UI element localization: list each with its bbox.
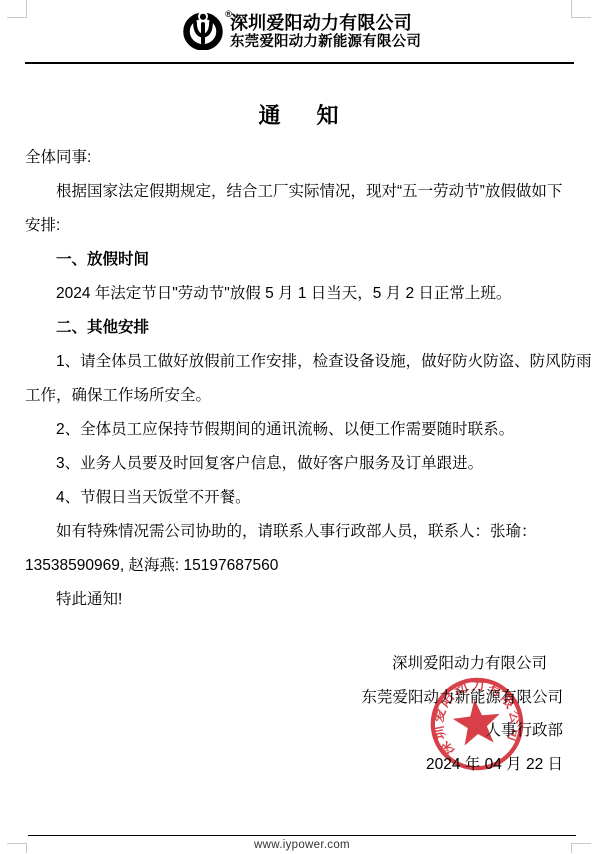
page-margin-mark-bottom-left — [7, 843, 27, 853]
page-footer: www.iypower.com — [28, 835, 576, 851]
notice-body: 全体同事:根据国家法定假期规定，结合工厂实际情况，现对“五一劳动节”放假做如下安… — [25, 141, 595, 617]
company-logo-icon — [183, 12, 223, 50]
letterhead-company-names: 深圳爱阳动力有限公司 东莞爱阳动力新能源有限公司 — [230, 13, 421, 51]
company-name-secondary: 东莞爱阳动力新能源有限公司 — [230, 34, 421, 51]
company-name-primary: 深圳爱阳动力有限公司 — [230, 13, 421, 34]
body-line: 1、请全体员工做好放假前工作安排，检查设备设施，做好防火防盗、防风防雨 — [25, 345, 595, 379]
signature-block: 深圳爱阳动力有限公司东莞爱阳动力新能源有限公司人事行政部2024 年 04 月 … — [361, 647, 563, 781]
signature-line: 2024 年 04 月 22 日 — [361, 748, 563, 782]
body-line: 工作，确保工作场所安全。 — [25, 379, 595, 413]
body-line: 特此通知! — [25, 583, 595, 617]
body-line: 13538590969, 赵海燕: 15197687560 — [25, 549, 595, 583]
body-line: 全体同事: — [25, 141, 595, 175]
footer-url: www.iypower.com — [28, 839, 576, 851]
body-line: 2、全体员工应保持节假期间的通讯流畅、以便工作需要随时联系。 — [25, 413, 595, 447]
registered-trademark-icon: ® — [225, 10, 232, 19]
body-line: 根据国家法定假期规定，结合工厂实际情况，现对“五一劳动节”放假做如下 — [25, 175, 595, 209]
body-line: 4、节假日当天饭堂不开餐。 — [25, 481, 595, 515]
letterhead: ® 深圳爱阳动力有限公司 东莞爱阳动力新能源有限公司 — [0, 12, 604, 51]
body-line: 3、业务人员要及时回复客户信息，做好客户服务及订单跟进。 — [25, 447, 595, 481]
notice-title: 通 知 — [0, 99, 604, 133]
header-divider — [25, 62, 574, 64]
body-line: 安排: — [25, 209, 595, 243]
company-logo: ® — [183, 12, 223, 51]
body-line: 如有特殊情况需公司协助的，请联系人事行政部人员，联系人：张瑜： — [25, 515, 595, 549]
notice-page: ® 深圳爱阳动力有限公司 东莞爱阳动力新能源有限公司 通 知 全体同事:根据国家… — [0, 0, 604, 854]
body-line: 一、放假时间 — [25, 243, 595, 277]
body-line: 2024 年法定节日"劳动节"放假 5 月 1 日当天，5 月 2 日正常上班。 — [25, 277, 595, 311]
signature-line: 人事行政部 — [361, 714, 563, 748]
body-line: 二、其他安排 — [25, 311, 595, 345]
signature-line: 东莞爱阳动力新能源有限公司 — [361, 681, 563, 715]
signature-line: 深圳爱阳动力有限公司 — [361, 647, 547, 681]
